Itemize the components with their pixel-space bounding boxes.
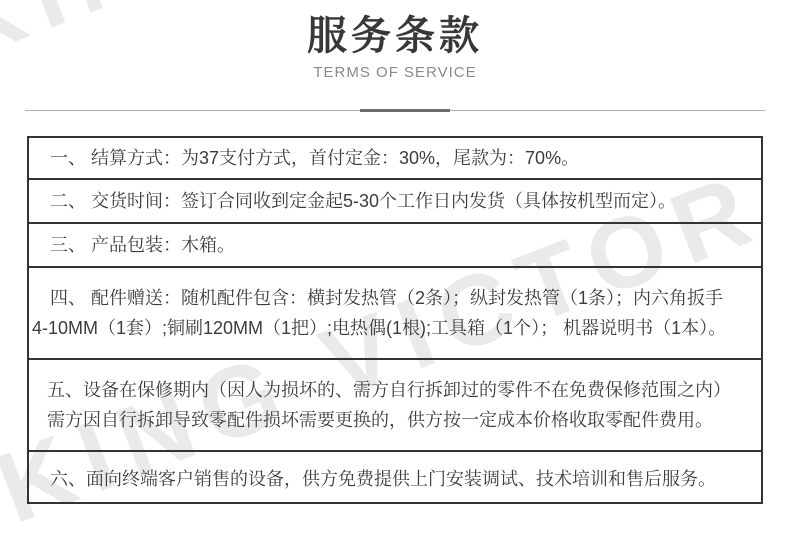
- term-text: 四、 配件赠送：随机配件包含：横封发热管（2条）；纵封发热管（1条）；内六角扳手: [29, 283, 761, 313]
- term-row-accessories: 四、 配件赠送：随机配件包含：横封发热管（2条）；纵封发热管（1条）；内六角扳手…: [29, 268, 761, 360]
- term-row-warranty: 五、设备在保修期内（因人为损坏的、需方自行拆卸过的零件不在免费保修范围之内） 需…: [29, 360, 761, 452]
- page-title: 服务条款: [0, 10, 790, 62]
- term-text: 三、 产品包装：木箱。: [29, 230, 761, 260]
- term-text: 六、面向终端客户销售的设备，供方免费提供上门安装调试、技术培训和售后服务。: [29, 464, 761, 494]
- term-text: 五、设备在保修期内（因人为损坏的、需方自行拆卸过的零件不在免费保修范围之内）: [29, 375, 761, 405]
- page-header: 服务条款 TERMS OF SERVICE: [0, 10, 790, 81]
- term-text: 二、 交货时间：签订合同收到定金起5-30个工作日内发货（具体按机型而定）。: [29, 186, 761, 216]
- term-text: 需方因自行拆卸导致零配件损坏需要更换的，供方按一定成本价格收取零配件费用。: [29, 405, 761, 435]
- page-subtitle: TERMS OF SERVICE: [0, 64, 790, 81]
- term-text: 4-10MM（1套）;铜刷120MM（1把）;电热偶(1根);工具箱（1个）； …: [29, 313, 761, 343]
- term-row-after-sales: 六、面向终端客户销售的设备，供方免费提供上门安装调试、技术培训和售后服务。: [29, 452, 761, 506]
- term-text: 一、 结算方式：为37支付方式，首付定金：30%，尾款为：70%。: [29, 143, 761, 173]
- term-row-settlement: 一、 结算方式：为37支付方式，首付定金：30%，尾款为：70%。: [29, 138, 761, 180]
- term-row-packaging: 三、 产品包装：木箱。: [29, 224, 761, 268]
- divider-accent-bar: [360, 109, 450, 112]
- term-row-delivery-time: 二、 交货时间：签订合同收到定金起5-30个工作日内发货（具体按机型而定）。: [29, 180, 761, 224]
- title-divider-line: [25, 110, 765, 111]
- terms-table: 一、 结算方式：为37支付方式，首付定金：30%，尾款为：70%。 二、 交货时…: [27, 136, 763, 504]
